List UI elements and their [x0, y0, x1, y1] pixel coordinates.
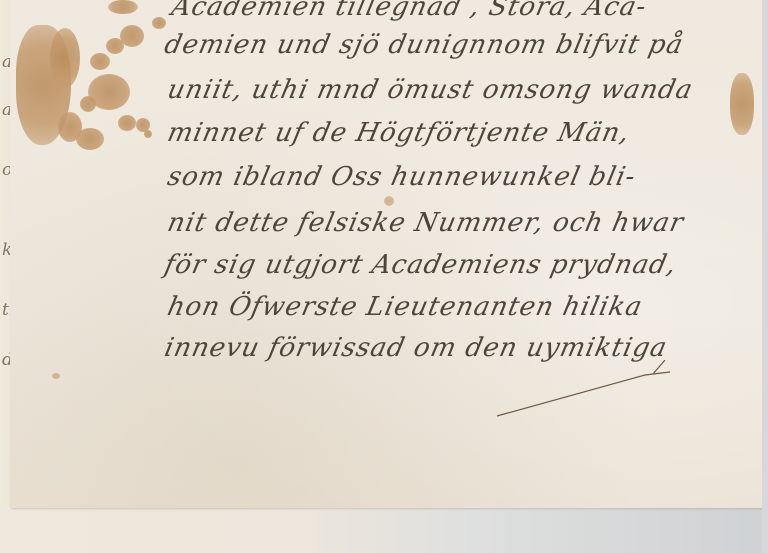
text-line: hon Öfwerste Lieutenanten hilika — [165, 292, 646, 322]
background-edge — [762, 0, 768, 553]
stain — [50, 28, 80, 88]
stain — [144, 130, 152, 138]
text-line: Academien tillegnad , Stora, Aca- — [169, 0, 650, 22]
stain — [90, 53, 110, 70]
text-line: för sig utgjort Academiens prydnad, — [162, 250, 680, 280]
stain — [108, 0, 138, 14]
text-line: minnet uf de Högtförtjente Män, — [165, 118, 633, 148]
text-line: nit dette felsiske Nummer, och hwar — [165, 208, 687, 238]
stain — [118, 115, 136, 131]
stain — [76, 128, 104, 150]
plastic-sleeve — [0, 505, 768, 553]
stain — [384, 196, 394, 206]
stain — [52, 373, 60, 379]
text-line: som ibland Oss hunnewunkel bli- — [165, 162, 639, 192]
stain — [80, 96, 96, 112]
text-line: uniit, uthi mnd ömust omsong wanda — [165, 75, 696, 105]
text-line: demien und sjö dunignnom blifvit på — [162, 30, 686, 60]
text-line: innevu förwissad om den uymiktiga — [162, 333, 670, 363]
stain — [152, 17, 166, 29]
stain — [730, 73, 754, 135]
manuscript-photo: ac a on k ti d Academien tillegnad , Sto… — [0, 0, 768, 553]
pen-flourish — [495, 360, 675, 420]
stain — [106, 38, 124, 54]
